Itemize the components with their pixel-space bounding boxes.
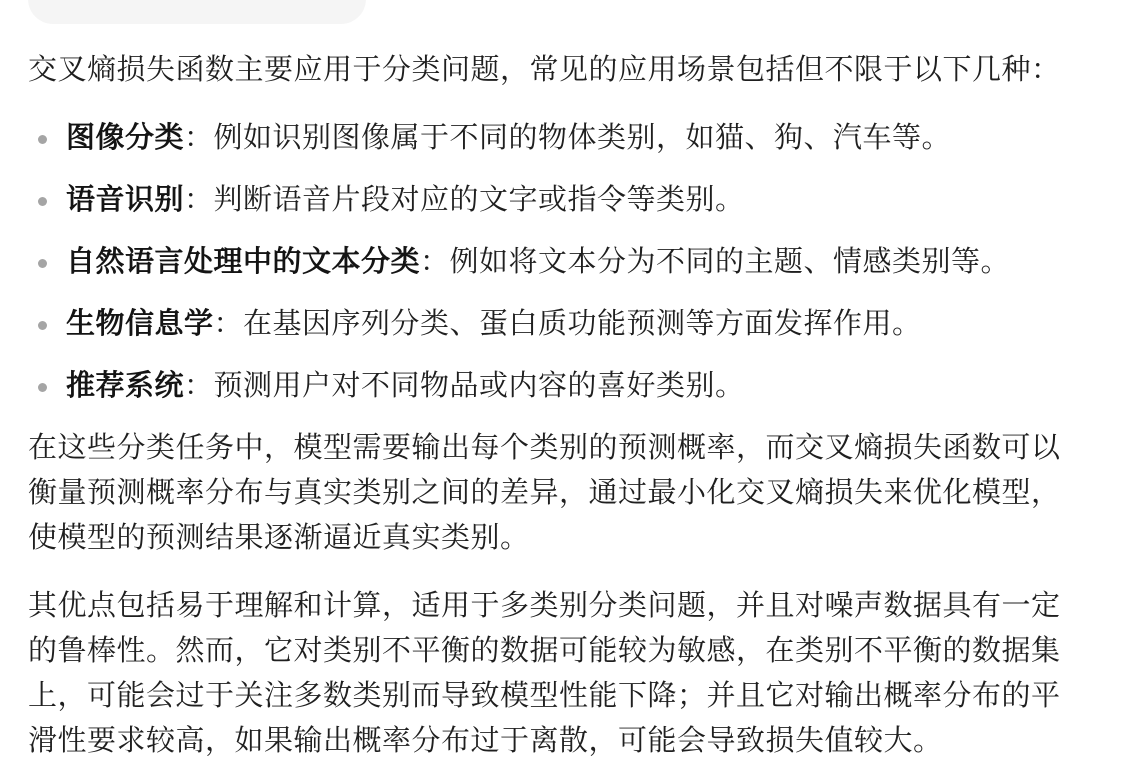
- bullet-icon: [38, 383, 47, 392]
- pros-cons-paragraph: 其优点包括易于理解和计算，适用于多类别分类问题，并且对噪声数据具有一定的鲁棒性。…: [28, 584, 1078, 764]
- list-item-term: 推荐系统: [66, 370, 184, 402]
- list-item-speech-recognition: 语音识别：判断语音片段对应的文字或指令等类别。: [28, 178, 1078, 223]
- list-item-image-classification: 图像分类：例如识别图像属于不同的物体类别，如猫、狗、汽车等。: [28, 116, 1078, 161]
- intro-paragraph: 交叉熵损失函数主要应用于分类问题，常见的应用场景包括但不限于以下几种：: [28, 48, 1078, 93]
- list-item-term: 语音识别: [66, 184, 184, 216]
- list-item-desc: ：例如识别图像属于不同的物体类别，如猫、狗、汽车等。: [184, 122, 951, 154]
- use-case-list: 图像分类：例如识别图像属于不同的物体类别，如猫、狗、汽车等。 语音识别：判断语音…: [28, 116, 1078, 409]
- bullet-icon: [38, 321, 47, 330]
- list-item-term: 生物信息学: [66, 308, 214, 340]
- list-item-desc: ：预测用户对不同物品或内容的喜好类别。: [184, 370, 745, 402]
- list-item-bioinformatics: 生物信息学：在基因序列分类、蛋白质功能预测等方面发挥作用。: [28, 302, 1078, 347]
- list-item-nlp-text-classification: 自然语言处理中的文本分类：例如将文本分为不同的主题、情感类别等。: [28, 240, 1078, 285]
- bullet-icon: [38, 197, 47, 206]
- bullet-icon: [38, 135, 47, 144]
- list-item-desc: ：例如将文本分为不同的主题、情感类别等。: [420, 246, 1010, 278]
- explanation-paragraph: 在这些分类任务中，模型需要输出每个类别的预测概率，而交叉熵损失函数可以衡量预测概…: [28, 426, 1078, 561]
- list-item-desc: ：判断语音片段对应的文字或指令等类别。: [184, 184, 745, 216]
- user-message-bubble: [28, 0, 366, 24]
- list-item-term: 自然语言处理中的文本分类: [66, 246, 420, 278]
- list-item-desc: ：在基因序列分类、蛋白质功能预测等方面发挥作用。: [214, 308, 922, 340]
- list-item-recommendation-system: 推荐系统：预测用户对不同物品或内容的喜好类别。: [28, 364, 1078, 409]
- list-item-term: 图像分类: [66, 122, 184, 154]
- assistant-message: 交叉熵损失函数主要应用于分类问题，常见的应用场景包括但不限于以下几种： 图像分类…: [28, 48, 1078, 784]
- bullet-icon: [38, 259, 47, 268]
